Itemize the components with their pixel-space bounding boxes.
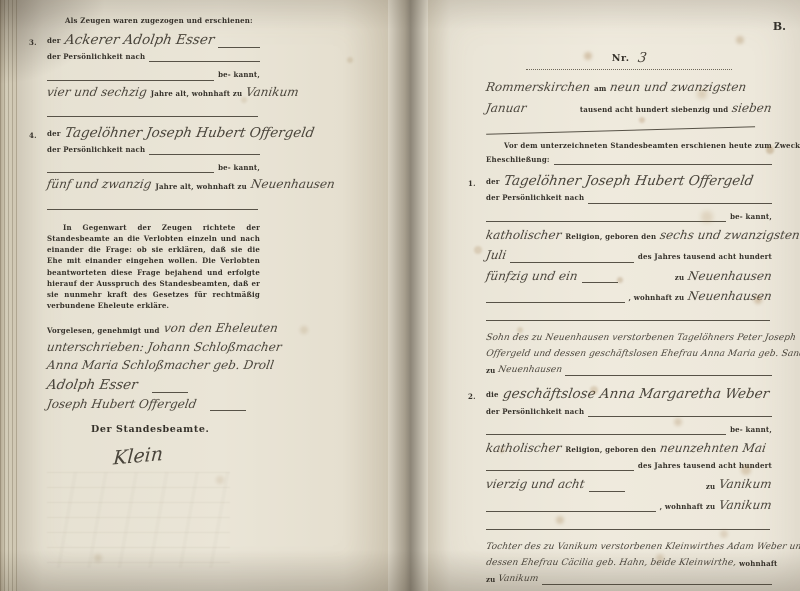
groom-known: be- kannt,: [486, 212, 772, 222]
separator-rule: [486, 520, 770, 530]
blank-rule: [47, 107, 258, 117]
printed-form-text: Jahre alt, wohnhaft zu: [155, 182, 246, 192]
item-number: 4.: [29, 131, 43, 141]
handwritten-entry: neun und zwanzigsten: [609, 80, 747, 94]
handwritten-entry: vier und sechzig: [46, 85, 148, 99]
signature-witness-3: Adolph Esser: [47, 377, 260, 393]
printed-form-text: zu: [486, 575, 495, 585]
handwritten-entry: katholischer: [485, 228, 563, 242]
printed-heading: Nr.: [612, 52, 630, 66]
handwritten-entry: Neuenhausen: [687, 289, 773, 303]
groom-parents-1: Sohn des zu Neuenhausen verstorbenen Tag…: [486, 333, 772, 345]
book-gutter: [388, 0, 428, 591]
handwritten-name: Adolph Esser: [46, 377, 139, 393]
printed-form-text: In Gegenwart der Zeugen richtete der Sta…: [47, 222, 260, 312]
bride-name: 2.diegeschäftslose Anna Margaretha Weber: [486, 386, 772, 402]
handwritten-note: Neuenhausen: [498, 365, 564, 377]
blank-rule: [149, 145, 260, 155]
printed-form-text: , wohnhaft zu: [629, 293, 685, 303]
stacked-page-edges: [0, 0, 17, 591]
handwritten-entry: neunzehnten Mai: [659, 441, 767, 455]
printed-form-text: der: [47, 129, 61, 141]
groom-birth-month: Julides Jahres tausend acht hundert: [486, 248, 772, 262]
bride-parents-2: dessen Ehefrau Cäcilia geb. Hahn, beide …: [486, 558, 772, 570]
handwritten-entry: fünf und zwanzig: [46, 177, 153, 191]
handwritten-note: Sohn des zu Neuenhausen verstorbenen Tag…: [485, 333, 797, 345]
printed-form-text: der Persönlichkeit nach: [486, 193, 584, 203]
place-date-line-1: Rommerskirchenamneun und zwanzigsten: [486, 80, 772, 94]
bleedthrough-area: [47, 472, 230, 568]
registrar-label: Der Standesbeamte.: [91, 423, 260, 437]
blank-rule: [47, 71, 214, 81]
printed-form-text: der: [47, 36, 61, 48]
printed-form-text: Vorgelesen, genehmigt und: [47, 326, 160, 336]
slanted-rule: [486, 117, 755, 135]
handwritten-entry: Rommerskirchen: [485, 80, 591, 94]
blank-rule: [554, 155, 772, 165]
short-rule: [582, 273, 618, 283]
printed-form-text: der Persönlichkeit nach: [47, 145, 145, 155]
short-rule: [589, 482, 625, 492]
bride-parents-1: Tochter des zu Vanikum verstorbenen Klei…: [486, 542, 772, 554]
groom-identity: der Persönlichkeit nach: [486, 193, 772, 203]
groom-name: 1.derTagelöhner Joseph Hubert Offergeld: [486, 173, 772, 189]
printed-form-text: Jahre alt, wohnhaft zu: [151, 89, 242, 99]
blank-rule: [486, 311, 770, 321]
handwritten-note: Tochter des zu Vanikum verstorbenen Klei…: [485, 542, 800, 554]
bride-birth-year-label: des Jahres tausend acht hundert: [486, 461, 772, 471]
handwritten-entry: Vanikum: [718, 498, 773, 512]
printed-form-text: zu: [706, 482, 715, 492]
blank-rule: [486, 212, 726, 222]
handwritten-entry: Neuenhausen: [250, 177, 336, 191]
handwritten-entry: Anna Maria Schloßmacher geb. Droll: [46, 358, 275, 372]
appearance-formula-2: Eheschließung:: [486, 155, 772, 165]
bride-birth-year-place: vierzig und achtzuVanikum: [486, 477, 772, 491]
witness-4-name: 4.derTagelöhner Joseph Hubert Offergeld: [47, 125, 260, 141]
registrar-signature: Klein: [112, 435, 260, 471]
handwritten-entry: Joseph Hubert Offergeld: [46, 397, 198, 411]
groom-parents-3: zuNeuenhausen: [486, 365, 772, 377]
blank-rule: [542, 575, 772, 585]
blank-rule: [486, 117, 755, 135]
spacer: [622, 274, 671, 283]
handwritten-entry: sieben: [731, 101, 773, 115]
printed-form-text: der: [486, 177, 500, 189]
printed-form-text: Als Zeugen waren zugezogen und erschiene…: [65, 16, 253, 26]
closing-formula: Vorgelesen, genehmigt undvon den Eheleut…: [47, 321, 260, 335]
groom-birth-year-place: fünfzig und einzuNeuenhausen: [486, 269, 772, 283]
printed-form-text: die: [486, 390, 499, 402]
printed-form-text: be- kannt,: [730, 425, 772, 435]
bride-religion-birth: katholischerReligion, geboren denneunzeh…: [486, 441, 772, 455]
handwritten-entry: Januar: [485, 101, 528, 115]
item-number: 2.: [468, 392, 482, 402]
printed-form-text: Eheschließung:: [486, 155, 550, 165]
bride-known: be- kannt,: [486, 425, 772, 435]
blank-rule: [565, 366, 772, 376]
right-page: B. Nr.3Rommerskirchenamneun und zwanzigs…: [428, 0, 800, 591]
witness-3-known: be- kannt,: [47, 70, 260, 80]
printed-form-text: tausend acht hundert siebenzig und: [580, 105, 729, 115]
printed-form-text: Religion, geboren den: [565, 232, 656, 242]
spacer: [629, 483, 702, 492]
item-number: 3.: [29, 38, 43, 48]
printed-form-text: der Persönlichkeit nach: [47, 52, 145, 62]
handwritten-entry: fünfzig und ein: [485, 269, 579, 283]
handwritten-entry: katholischer: [485, 441, 563, 455]
groom-parents-2: Offergeld und dessen geschäftslosen Ehef…: [486, 349, 772, 361]
printed-form-text: zu: [486, 366, 495, 376]
blank-rule: [486, 502, 656, 512]
left-page-content: Als Zeugen waren zugezogen und erschiene…: [17, 0, 388, 568]
separator-rule: [486, 311, 770, 321]
witness-4-age-residence: fünf und zwanzigJahre alt, wohnhaft zuNe…: [47, 177, 260, 191]
printed-form-text: des Jahres tausend acht hundert: [638, 461, 772, 471]
groom-residence: , wohnhaft zuNeuenhausen: [486, 289, 772, 303]
separator-rule: [47, 200, 258, 210]
printed-form-text: am: [594, 84, 606, 94]
printed-heading: Der Standesbeamte.: [91, 423, 209, 437]
handwritten-entry: Neuenhausen: [687, 269, 773, 283]
blank-rule: [588, 194, 772, 204]
handwritten-entry: Vanikum: [245, 85, 300, 99]
signature-groom: unterschrieben: Johann Schloßmacher: [47, 340, 260, 354]
witness-4-known: be- kannt,: [47, 163, 260, 173]
blank-rule: [218, 38, 260, 48]
blank-rule: [486, 293, 625, 303]
blank-rule: [47, 200, 258, 210]
appearance-formula-1: Vor dem unterzeichneten Standesbeamten e…: [486, 141, 772, 151]
short-rule: [152, 383, 188, 393]
witness-3-identity: der Persönlichkeit nach: [47, 52, 260, 62]
place-date-line-2: Januartausend acht hundert siebenzig und…: [486, 101, 772, 115]
witness-3-name: 3.derAckerer Adolph Esser: [47, 32, 260, 48]
witnesses-intro: Als Zeugen waren zugezogen und erschiene…: [47, 16, 260, 26]
handwritten-entry: Vanikum: [718, 477, 773, 491]
blank-rule: [588, 407, 772, 417]
bride-parents-3: zuVanikum: [486, 574, 772, 586]
marriage-declaration: In Gegenwart der Zeugen richtete der Sta…: [47, 222, 260, 312]
printed-form-text: der Persönlichkeit nach: [486, 407, 584, 417]
handwritten-entry: von den Eheleuten: [163, 321, 279, 335]
signature-bride: Anna Maria Schloßmacher geb. Droll: [47, 358, 260, 372]
witness-3-age-residence: vier und sechzigJahre alt, wohnhaft zuVa…: [47, 85, 260, 99]
handwritten-name: 3: [636, 50, 647, 66]
spacer: [530, 106, 576, 115]
bride-identity: der Persönlichkeit nach: [486, 407, 772, 417]
blank-rule: [47, 163, 214, 173]
witness-4-identity: der Persönlichkeit nach: [47, 145, 260, 155]
printed-form-text: be- kannt,: [218, 163, 260, 173]
item-number: 1.: [468, 179, 482, 189]
printed-form-text: Vor dem unterzeichneten Standesbeamten e…: [504, 141, 800, 151]
printed-form-text: Religion, geboren den: [565, 445, 656, 455]
blank-rule: [486, 425, 726, 435]
handwritten-name: Tagelöhner Joseph Hubert Offergeld: [502, 173, 754, 189]
separator-rule: [47, 107, 258, 117]
blank-rule: [510, 253, 634, 263]
blank-rule: [149, 52, 260, 62]
printed-form-text: be- kannt,: [218, 70, 260, 80]
handwritten-entry: sechs und zwanzigsten: [659, 228, 800, 242]
handwritten-note: Offergeld und dessen geschäftslosen Ehef…: [485, 349, 800, 361]
groom-religion-birth: katholischerReligion, geboren densechs u…: [486, 228, 772, 242]
handwritten-entry: Juli: [485, 248, 507, 262]
printed-form-text: be- kannt,: [730, 212, 772, 222]
handwritten-entry: vierzig und acht: [485, 477, 586, 491]
signature-witness-4: Joseph Hubert Offergeld: [47, 397, 260, 411]
bride-residence: , wohnhaft zuVanikum: [486, 498, 772, 512]
handwritten-name: geschäftslose Anna Margaretha Weber: [501, 386, 770, 402]
handwritten-entry: unterschrieben: Johann Schloßmacher: [46, 340, 283, 354]
handwritten-note: Vanikum: [498, 574, 540, 586]
printed-form-text: , wohnhaft zu: [660, 502, 716, 512]
printed-form-text: des Jahres tausend acht hundert: [638, 252, 772, 262]
blank-rule: [486, 461, 634, 471]
right-page-content: Nr.3Rommerskirchenamneun und zwanzigsten…: [428, 0, 800, 585]
printed-form-text: wohnhaft: [739, 559, 777, 569]
short-rule: [210, 401, 246, 411]
handwritten-name: Ackerer Adolph Esser: [63, 32, 215, 48]
left-page: Als Zeugen waren zugezogen und erschiene…: [17, 0, 388, 591]
register-book-photo: Als Zeugen waren zugezogen und erschiene…: [0, 0, 800, 591]
printed-form-text: zu: [675, 273, 684, 283]
handwritten-note: dessen Ehefrau Cäcilia geb. Hahn, beide …: [485, 558, 737, 570]
handwritten-name: Tagelöhner Joseph Hubert Offergeld: [63, 125, 315, 141]
record-number: Nr.3: [526, 50, 732, 70]
handwritten-name: Klein: [112, 443, 163, 470]
blank-rule: [486, 520, 770, 530]
